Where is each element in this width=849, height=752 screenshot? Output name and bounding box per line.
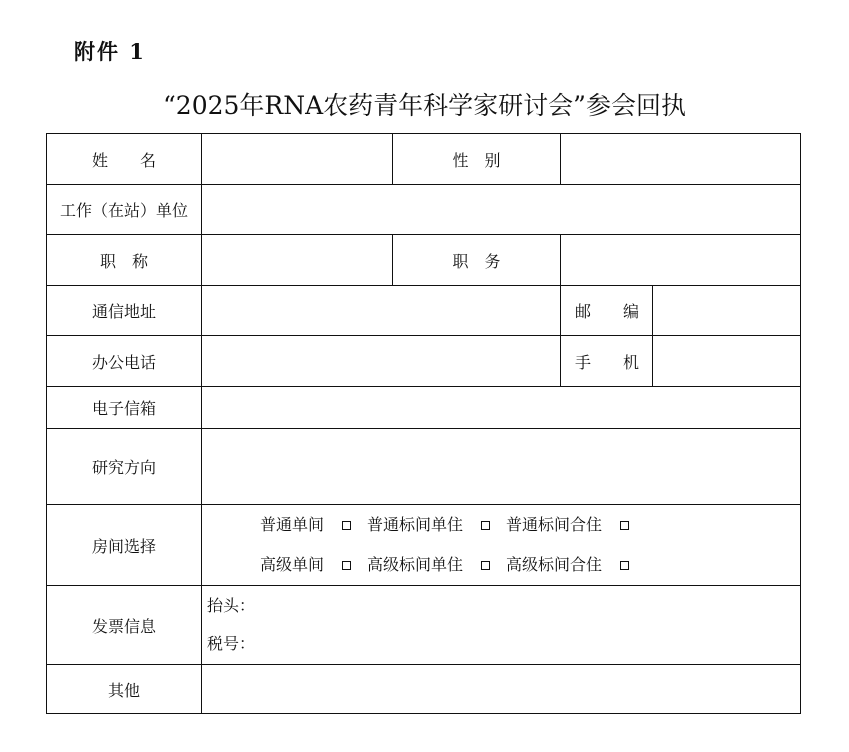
room-options-standard: 普通单间普通标间单住普通标间合住	[202, 505, 800, 545]
room-option-label: 普通单间	[260, 515, 324, 534]
mobile-label: 手 机	[561, 336, 653, 387]
email-field[interactable]	[202, 387, 801, 429]
position-label: 职 务	[393, 235, 561, 286]
email-label: 电子信箱	[47, 387, 202, 429]
gender-field[interactable]	[561, 134, 801, 185]
checkbox-icon[interactable]	[342, 561, 351, 570]
room-options-premium: 高级单间高级标间单住高级标间合住	[202, 545, 800, 585]
registration-form-table: 姓 名 性 别 工作（在站）单位 职 称 职 务 通信地址 邮 编 办公电话 手…	[46, 133, 801, 714]
office-phone-field[interactable]	[202, 336, 561, 387]
room-option-label: 高级标间单住	[367, 555, 463, 574]
workplace-field[interactable]	[202, 185, 801, 235]
checkbox-icon[interactable]	[620, 521, 629, 530]
room-option-label: 普通标间单住	[367, 515, 463, 534]
address-label: 通信地址	[47, 286, 202, 336]
room-option-label: 高级单间	[260, 555, 324, 574]
name-label: 姓 名	[47, 134, 202, 185]
invoice-field[interactable]: 抬头： 税号：	[202, 586, 801, 665]
room-options: 普通单间普通标间单住普通标间合住 高级单间高级标间单住高级标间合住	[202, 505, 801, 586]
other-field[interactable]	[202, 665, 801, 714]
postcode-field[interactable]	[653, 286, 801, 336]
title-field[interactable]	[202, 235, 393, 286]
invoice-label: 发票信息	[47, 586, 202, 665]
room-label: 房间选择	[47, 505, 202, 586]
gender-label: 性 别	[393, 134, 561, 185]
name-field[interactable]	[202, 134, 393, 185]
postcode-label: 邮 编	[561, 286, 653, 336]
research-field[interactable]	[202, 429, 801, 505]
office-phone-label: 办公电话	[47, 336, 202, 387]
position-field[interactable]	[561, 235, 801, 286]
checkbox-icon[interactable]	[342, 521, 351, 530]
mobile-field[interactable]	[653, 336, 801, 387]
other-label: 其他	[47, 665, 202, 714]
page-title: “2025年RNA农药青年科学家研讨会”参会回执	[0, 86, 849, 122]
checkbox-icon[interactable]	[481, 561, 490, 570]
checkbox-icon[interactable]	[481, 521, 490, 530]
invoice-header-label: 抬头：	[202, 587, 800, 625]
attachment-label: 附件 1	[74, 36, 146, 66]
address-field[interactable]	[202, 286, 561, 336]
room-option-label: 普通标间合住	[506, 515, 602, 534]
research-label: 研究方向	[47, 429, 202, 505]
room-option-label: 高级标间合住	[506, 555, 602, 574]
invoice-tax-label: 税号：	[202, 625, 800, 663]
checkbox-icon[interactable]	[620, 561, 629, 570]
title-label: 职 称	[47, 235, 202, 286]
workplace-label: 工作（在站）单位	[47, 185, 202, 235]
